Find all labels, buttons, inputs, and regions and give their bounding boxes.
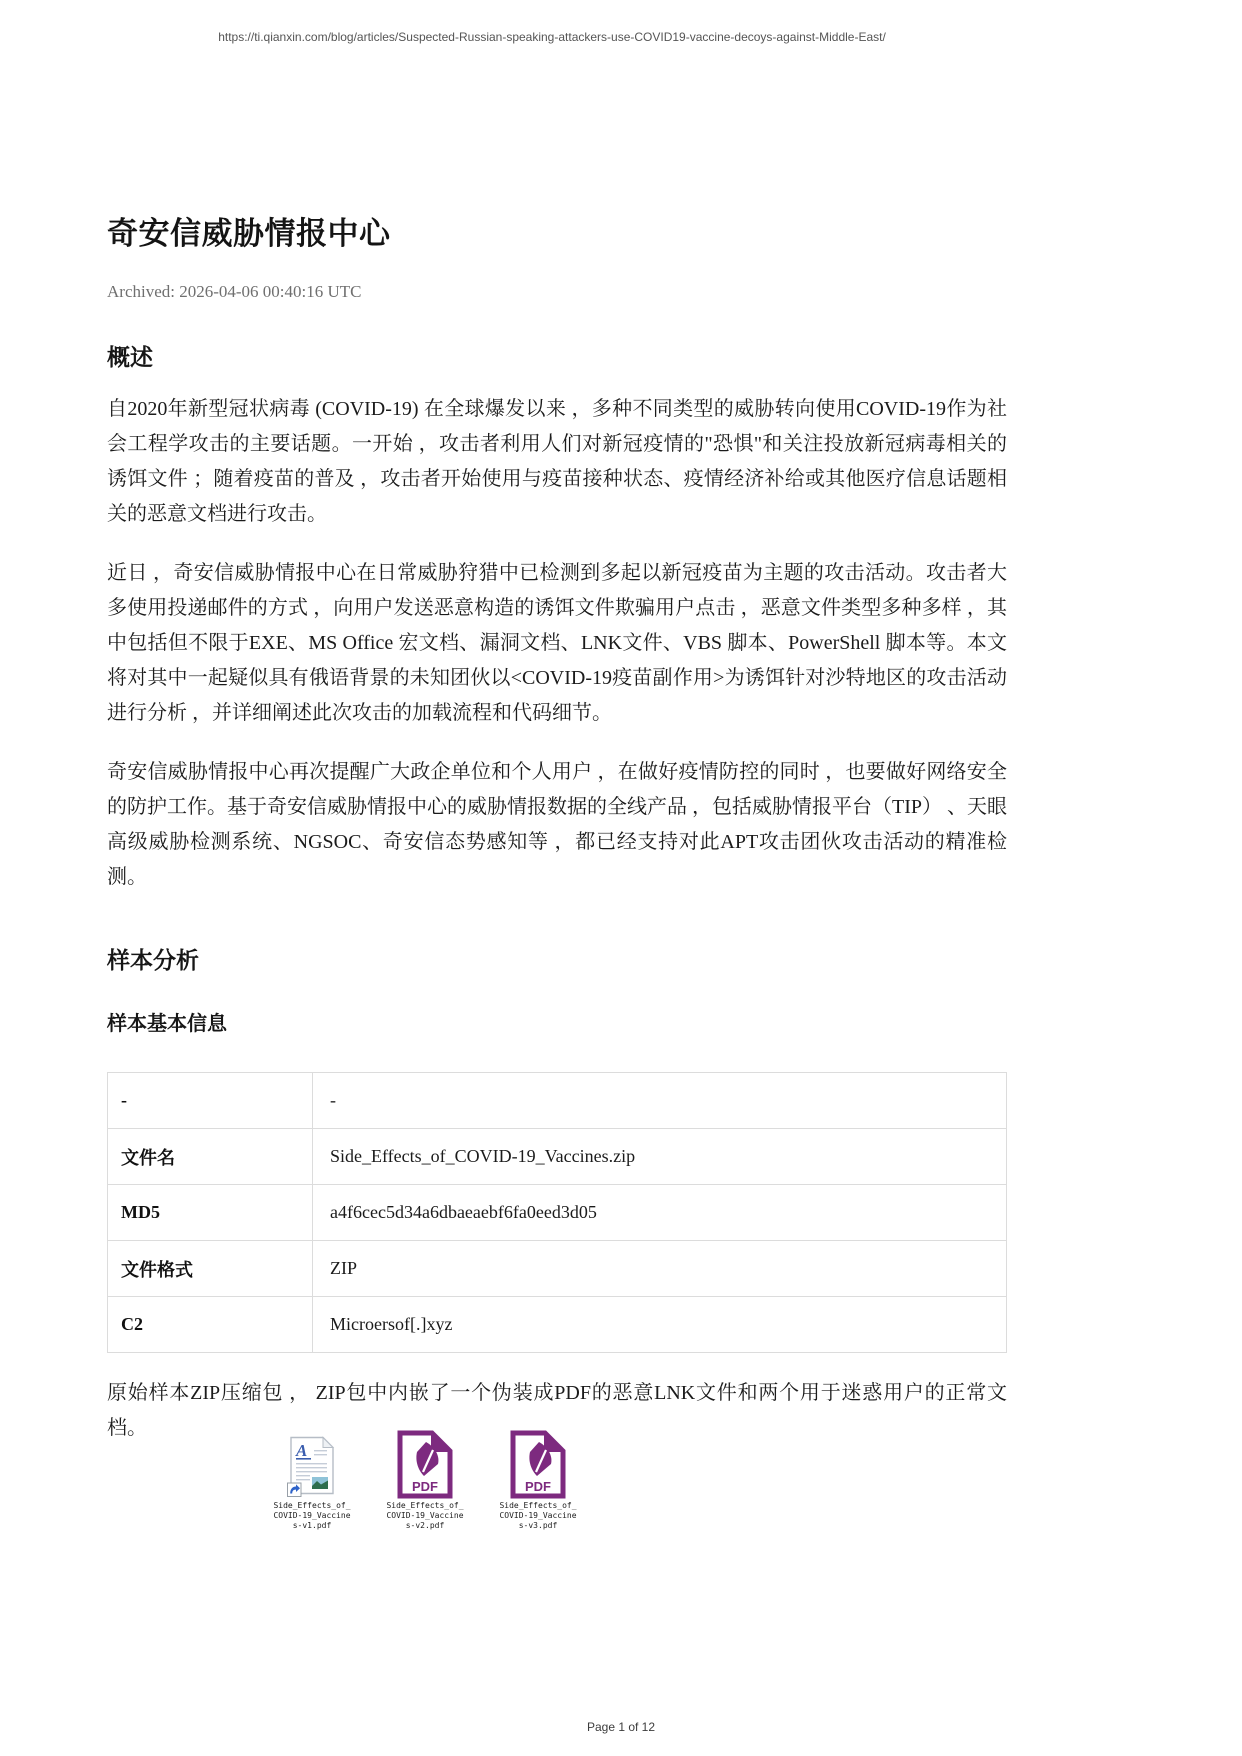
table-row: C2 Microersof[.]xyz	[108, 1297, 1007, 1353]
table-cell-value: a4f6cec5d34a6dbaeaebf6fa0eed3d05	[313, 1185, 1007, 1241]
attachment-file-v2: PDF Side_Effects_of_ COVID-19_Vaccine s-…	[375, 1428, 475, 1531]
table-row: 文件格式 ZIP	[108, 1241, 1007, 1297]
page-title: 奇安信威胁情报中心	[107, 208, 391, 253]
page-number: Page 1 of 12	[0, 1720, 1242, 1734]
archive-source-url: https://ti.qianxin.com/blog/articles/Sus…	[0, 30, 1242, 44]
attachment-filename: Side_Effects_of_ COVID-19_Vaccine s-v3.p…	[499, 1501, 576, 1531]
table-cell-value: Microersof[.]xyz	[313, 1297, 1007, 1353]
table-cell-value: ZIP	[313, 1241, 1007, 1297]
sample-info-table: - - 文件名 Side_Effects_of_COVID-19_Vaccine…	[107, 1072, 1007, 1353]
overview-paragraph-2: 近日 ，奇安信威胁情报中心在日常威胁狩猎中已检测到多起以新冠疫苗为主题的攻击活动…	[107, 556, 1007, 731]
table-cell-value: Side_Effects_of_COVID-19_Vaccines.zip	[313, 1129, 1007, 1185]
table-row: MD5 a4f6cec5d34a6dbaeaebf6fa0eed3d05	[108, 1185, 1007, 1241]
attachment-filename: Side_Effects_of_ COVID-19_Vaccine s-v2.p…	[386, 1501, 463, 1531]
pdf-file-icon-svg: PDF	[508, 1430, 568, 1499]
pdf-file-icon-svg: PDF	[395, 1430, 455, 1499]
attachment-filename: Side_Effects_of_ COVID-19_Vaccine s-v1.p…	[273, 1501, 350, 1531]
document-page: https://ti.qianxin.com/blog/articles/Sus…	[0, 0, 1242, 1756]
table-cell-value: -	[313, 1073, 1007, 1129]
overview-paragraph-1: 自2020年新型冠状病毒 (COVID-19) 在全球爆发以来 ，多种不同类型的…	[107, 392, 1007, 532]
svg-text:PDF: PDF	[525, 1479, 551, 1494]
table-row: 文件名 Side_Effects_of_COVID-19_Vaccines.zi…	[108, 1129, 1007, 1185]
svg-text:A: A	[295, 1441, 307, 1460]
svg-text:PDF: PDF	[412, 1479, 438, 1494]
attachment-icons-row: A Side_Effects_of_ COVID-19_Vaccine s-v1…	[262, 1428, 588, 1531]
table-cell-label: 文件名	[108, 1129, 313, 1185]
archived-timestamp: Archived: 2026-04-06 00:40:16 UTC	[107, 282, 362, 302]
pdf-file-icon: PDF	[395, 1428, 455, 1499]
overview-paragraph-3: 奇安信威胁情报中心再次提醒广大政企单位和个人用户 ，在做好疫情防控的同时 ，也要…	[107, 755, 1007, 895]
word-doc-shortcut-icon-svg: A	[286, 1436, 338, 1499]
table-cell-label: 文件格式	[108, 1241, 313, 1297]
table-cell-label: -	[108, 1073, 313, 1129]
attachment-file-v3: PDF Side_Effects_of_ COVID-19_Vaccine s-…	[488, 1428, 588, 1531]
word-doc-shortcut-icon: A	[286, 1428, 338, 1499]
table-cell-label: C2	[108, 1297, 313, 1353]
table-row: - -	[108, 1073, 1007, 1129]
section-heading-sample-analysis: 样本分析	[107, 942, 199, 975]
table-cell-label: MD5	[108, 1185, 313, 1241]
section-heading-overview: 概述	[107, 339, 153, 372]
subsection-heading-sample-basic-info: 样本基本信息	[107, 1007, 227, 1036]
attachment-file-v1: A Side_Effects_of_ COVID-19_Vaccine s-v1…	[262, 1428, 362, 1531]
pdf-file-icon: PDF	[508, 1428, 568, 1499]
